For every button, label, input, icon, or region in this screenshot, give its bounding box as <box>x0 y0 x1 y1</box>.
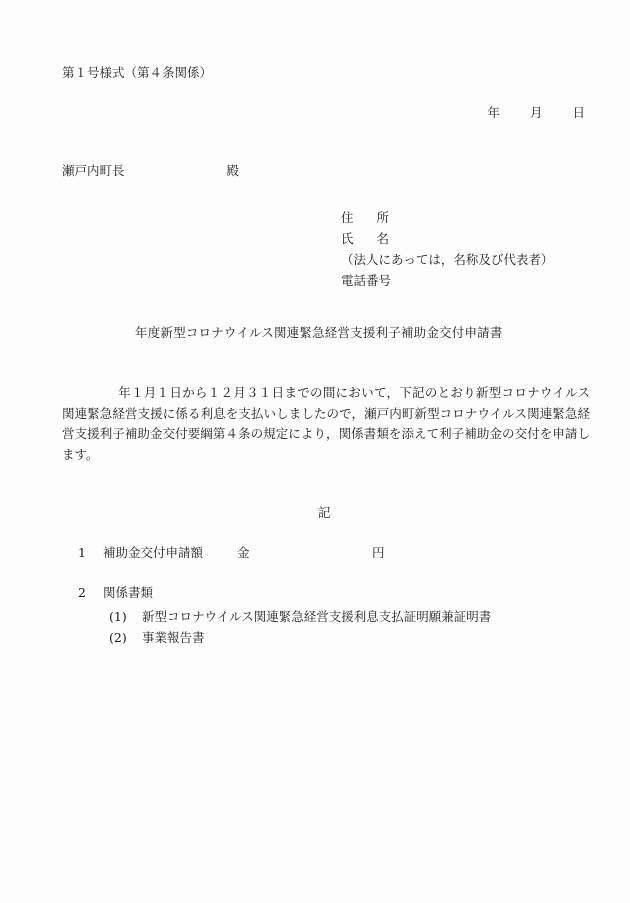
document-title: 年度新型コロナウイルス関連緊急経営支援利子補助金交付申請書 <box>135 327 503 340</box>
item-application-amount: 1補助金交付申請額金円 <box>78 547 385 560</box>
address-label-2: 所 <box>376 207 389 228</box>
body-paragraph: 年１月１日から１２月３１日までの間において，下記のとおり新型コロナウイルス関連緊… <box>62 383 590 465</box>
sub-item: (2)事業報告書 <box>109 628 205 646</box>
amount-prefix: 金 <box>237 547 372 560</box>
form-number-heading: 第１号様式（第４条関係） <box>62 67 212 80</box>
item-related-documents: 2関係書類 <box>78 587 153 600</box>
sub-item-number: (2) <box>109 630 142 645</box>
day-label: 日 <box>572 107 585 120</box>
item-number: 1 <box>78 547 103 560</box>
phone-label: 電話番号 <box>341 270 553 291</box>
addressee-name: 瀬戸内町長 <box>62 163 125 178</box>
name-label-1: 氏 <box>341 231 354 246</box>
applicant-block: 住 所 氏 名 （法人にあっては，名称及び代表者） 電話番号 <box>341 207 553 291</box>
date-line: 年 月 日 <box>462 107 585 120</box>
body-text: 年１月１日から１２月３１日までの間において，下記のとおり新型コロナウイルス関連緊… <box>62 385 590 462</box>
item-label: 補助金交付申請額 <box>103 547 237 560</box>
sub-item-number: (1) <box>109 609 142 624</box>
address-label-1: 住 <box>341 210 354 225</box>
month-label: 月 <box>530 107 543 120</box>
name-label-2: 名 <box>376 228 389 249</box>
addressee-honorific: 殿 <box>227 165 240 178</box>
sub-item-label: 新型コロナウイルス関連緊急経営支援利息支払証明願兼証明書 <box>142 609 491 624</box>
name-row: 氏 名 <box>341 228 553 249</box>
corporate-note: （法人にあっては，名称及び代表者） <box>341 249 553 270</box>
addressee: 瀬戸内町長殿 <box>62 165 239 178</box>
sub-item: (1)新型コロナウイルス関連緊急経営支援利息支払証明願兼証明書 <box>109 607 491 625</box>
amount-suffix: 円 <box>372 545 385 560</box>
item-number: 2 <box>78 587 103 600</box>
item-label: 関係書類 <box>103 585 153 600</box>
year-label: 年 <box>488 107 501 120</box>
address-row: 住 所 <box>341 207 553 228</box>
sub-item-label: 事業報告書 <box>142 630 205 645</box>
ki-heading: 記 <box>318 507 331 520</box>
